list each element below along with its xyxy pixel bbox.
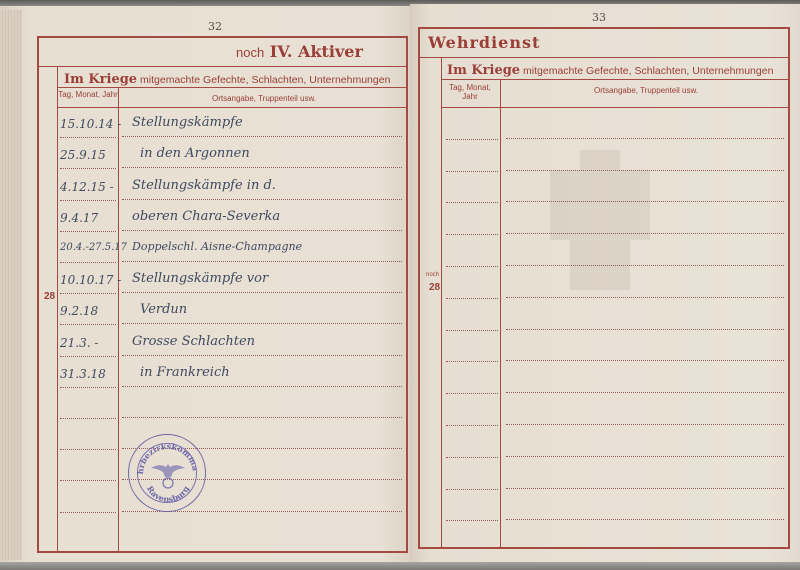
entry-date: 9.2.18 (60, 304, 98, 318)
right-colheader-divider (441, 107, 790, 108)
left-page-number: 32 (208, 20, 222, 33)
svg-text:Ravensburg: Ravensburg (145, 484, 191, 504)
right-page-title: Wehrdienst (428, 33, 540, 52)
entry-date: 4.12.15 - (60, 180, 114, 194)
left-title-divider (37, 66, 408, 67)
right-column-divider (500, 79, 501, 549)
entry-date: 15.10.14 - (60, 117, 121, 131)
left-page-title: noch IV. Aktiver (236, 42, 363, 61)
left-col-date-header: Tag, Monat, Jahr (58, 90, 118, 99)
eagle-watermark-icon (540, 150, 660, 290)
right-header-divider (441, 79, 790, 80)
official-stamp: Wehrbezirkskommando Ravensburg (128, 434, 206, 512)
entry-place: Stellungskämpfe in d. (132, 178, 276, 193)
page-edges (0, 10, 22, 560)
entry-place: Verdun (140, 302, 187, 317)
entry-date: 20.4.-27.5.17 (60, 242, 127, 253)
right-section-header: Im Kriege mitgemachte Gefechte, Schlacht… (447, 63, 773, 78)
right-margin-ref: 28 (429, 282, 440, 293)
entry-place: Doppelschl. Aisne-Champagne (132, 240, 302, 253)
right-page-number: 33 (592, 11, 606, 24)
right-margin-prefix: noch (426, 272, 439, 278)
entry-place: in Frankreich (140, 365, 230, 380)
right-title-divider (418, 57, 790, 58)
left-colheader-divider (57, 107, 408, 108)
left-section-header: Im Kriege mitgemachte Gefechte, Schlacht… (64, 72, 390, 87)
entry-place: oberen Chara-Severka (132, 209, 280, 224)
eagle-emblem-icon: Wehrbezirkskommando Ravensburg (129, 435, 207, 513)
left-margin-ref: 28 (44, 291, 55, 302)
book-bottom-shadow (0, 562, 800, 570)
entry-place: in den Argonnen (140, 146, 250, 161)
stamp-bottom-text: Ravensburg (145, 484, 191, 504)
entry-place: Stellungskämpfe (132, 115, 243, 130)
entry-place: Stellungskämpfe vor (132, 271, 268, 286)
left-outer-frame (37, 36, 408, 553)
left-col-place-header: Ortsangabe, Truppenteil usw. (120, 94, 408, 103)
entry-place: Grosse Schlachten (132, 334, 255, 349)
right-col-date-header: Tag, Monat, Jahr (442, 83, 498, 101)
left-inner-border (57, 66, 58, 553)
entry-date: 31.3.18 (60, 367, 106, 381)
entry-date: 21.3. - (60, 336, 98, 350)
entry-date: 9.4.17 (60, 211, 98, 225)
right-col-place-header: Ortsangabe, Truppenteil usw. (502, 86, 790, 95)
left-header-divider (57, 87, 408, 88)
right-inner-border (441, 57, 442, 549)
entry-date: 10.10.17 - (60, 273, 121, 287)
left-column-divider (118, 87, 119, 553)
entry-date: 25.9.15 (60, 148, 106, 162)
